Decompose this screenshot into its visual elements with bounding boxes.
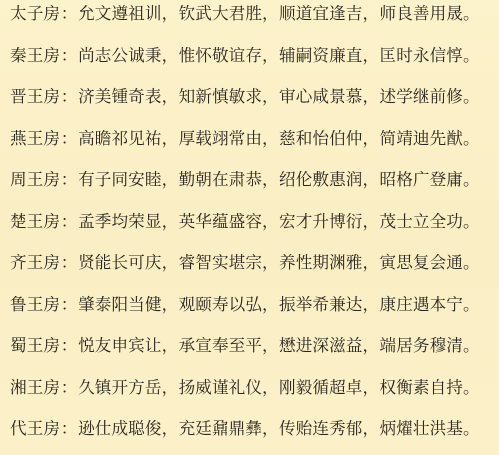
comma: ， — [162, 44, 179, 68]
verse: 简靖迪先猷 — [380, 127, 463, 151]
verse: 辅嗣资廉直 — [279, 44, 362, 68]
verse: 权衡素自持 — [380, 376, 463, 400]
verse: 炳燿壮洪基 — [380, 417, 463, 441]
verse: 承宣奉至平 — [179, 334, 262, 358]
verse: 慈和怡伯仲 — [279, 127, 362, 151]
house-name: 楚王房 — [10, 210, 60, 234]
house-name: 蜀王房 — [10, 334, 60, 358]
colon: ： — [60, 210, 78, 234]
verse: 孟季均荣显 — [78, 210, 161, 234]
comma: ， — [363, 127, 380, 151]
period: 。 — [463, 2, 480, 26]
comma: ， — [162, 293, 179, 317]
genealogy-poem-document: 太子房：允文遵祖训，钦武大君胜，顺道宜逢吉，师良善用晟。 秦王房：尚志公诚秉，惟… — [0, 0, 499, 455]
verse: 久镇开方岳 — [78, 376, 161, 400]
verse: 悦友申宾让 — [78, 334, 161, 358]
verse: 肇泰阳当健 — [78, 293, 161, 317]
verse: 顺道宜逢吉 — [279, 2, 362, 26]
period: 。 — [463, 417, 480, 441]
verse: 昭格广登庸 — [380, 168, 463, 192]
comma: ， — [363, 334, 380, 358]
verse: 充廷鼐鼎彝 — [179, 417, 262, 441]
verse: 睿智实堪宗 — [179, 251, 262, 275]
comma: ， — [262, 376, 279, 400]
verse: 钦武大君胜 — [179, 2, 262, 26]
verse: 养性期渊雅 — [279, 251, 362, 275]
verse: 审心咸景慕 — [279, 85, 362, 109]
comma: ， — [162, 210, 179, 234]
verse: 端居务穆清 — [380, 334, 463, 358]
comma: ， — [363, 293, 380, 317]
poem-row: 燕王房：高瞻祁见祐，厚载翊常由，慈和怡伯仲，简靖迪先猷。 — [10, 127, 480, 151]
verse: 英华蕴盛容 — [179, 210, 262, 234]
house-name: 燕王房 — [10, 127, 60, 151]
period: 。 — [463, 85, 480, 109]
verse: 匡时永信惇 — [380, 44, 463, 68]
verse: 刚毅循超卓 — [279, 376, 362, 400]
verse: 济美锺奇表 — [78, 85, 161, 109]
house-name: 太子房 — [10, 2, 60, 26]
verse: 尚志公诚秉 — [78, 44, 161, 68]
comma: ， — [363, 376, 380, 400]
comma: ， — [262, 293, 279, 317]
comma: ， — [363, 251, 380, 275]
comma: ， — [363, 417, 380, 441]
comma: ， — [162, 85, 179, 109]
comma: ， — [162, 127, 179, 151]
colon: ： — [60, 417, 78, 441]
house-name: 鲁王房 — [10, 293, 60, 317]
period: 。 — [463, 251, 480, 275]
comma: ， — [363, 44, 380, 68]
house-name: 周王房 — [10, 168, 60, 192]
verse: 振举希兼达 — [279, 293, 362, 317]
period: 。 — [463, 210, 480, 234]
poem-row: 代王房：逊仕成聪俊，充廷鼐鼎彝，传贻连秀郁，炳燿壮洪基。 — [10, 417, 480, 441]
verse: 有子同安睦 — [78, 168, 161, 192]
colon: ： — [60, 168, 78, 192]
verse: 康庄遇本宁 — [380, 293, 463, 317]
colon: ： — [60, 44, 78, 68]
poem-row: 楚王房：孟季均荣显，英华蕴盛容，宏才升博衍，茂士立全功。 — [10, 210, 480, 234]
period: 。 — [463, 168, 480, 192]
verse: 勤朝在肃恭 — [179, 168, 262, 192]
verse: 寅思复会通 — [380, 251, 463, 275]
comma: ， — [262, 168, 279, 192]
verse: 贤能长可庆 — [78, 251, 161, 275]
colon: ： — [60, 293, 78, 317]
poem-row: 太子房：允文遵祖训，钦武大君胜，顺道宜逢吉，师良善用晟。 — [10, 2, 480, 26]
verse: 高瞻祁见祐 — [78, 127, 161, 151]
verse: 述学继前修 — [380, 85, 463, 109]
colon: ： — [60, 85, 78, 109]
house-name: 秦王房 — [10, 44, 60, 68]
colon: ： — [60, 376, 78, 400]
comma: ， — [162, 2, 179, 26]
comma: ， — [162, 251, 179, 275]
verse: 知新慎敏求 — [179, 85, 262, 109]
comma: ， — [162, 334, 179, 358]
verse: 宏才升博衍 — [279, 210, 362, 234]
poem-row: 晋王房：济美锺奇表，知新慎敏求，审心咸景慕，述学继前修。 — [10, 85, 480, 109]
poem-row: 齐王房：贤能长可庆，睿智实堪宗，养性期渊雅，寅思复会通。 — [10, 251, 480, 275]
comma: ， — [162, 417, 179, 441]
comma: ， — [262, 334, 279, 358]
colon: ： — [60, 127, 78, 151]
poem-row: 鲁王房：肇泰阳当健，观颐寿以弘，振举希兼达，康庄遇本宁。 — [10, 293, 480, 317]
comma: ， — [262, 210, 279, 234]
comma: ， — [363, 2, 380, 26]
comma: ， — [162, 376, 179, 400]
comma: ， — [262, 85, 279, 109]
comma: ， — [262, 251, 279, 275]
poem-row: 秦王房：尚志公诚秉，惟怀敬谊存，辅嗣资廉直，匡时永信惇。 — [10, 44, 480, 68]
comma: ， — [262, 2, 279, 26]
verse: 茂士立全功 — [380, 210, 463, 234]
comma: ， — [363, 210, 380, 234]
comma: ， — [262, 44, 279, 68]
verse: 绍伦敷惠润 — [279, 168, 362, 192]
comma: ， — [363, 85, 380, 109]
colon: ： — [60, 2, 78, 26]
verse: 观颐寿以弘 — [179, 293, 262, 317]
verse: 厚载翊常由 — [179, 127, 262, 151]
house-name: 湘王房 — [10, 376, 60, 400]
verse: 惟怀敬谊存 — [179, 44, 262, 68]
comma: ， — [162, 168, 179, 192]
house-name: 齐王房 — [10, 251, 60, 275]
verse: 懋进深滋益 — [279, 334, 362, 358]
period: 。 — [463, 334, 480, 358]
period: 。 — [463, 376, 480, 400]
comma: ， — [363, 168, 380, 192]
colon: ： — [60, 334, 78, 358]
comma: ， — [262, 417, 279, 441]
verse: 师良善用晟 — [380, 2, 463, 26]
verse: 传贻连秀郁 — [279, 417, 362, 441]
poem-row: 周王房：有子同安睦，勤朝在肃恭，绍伦敷惠润，昭格广登庸。 — [10, 168, 480, 192]
verse: 逊仕成聪俊 — [78, 417, 161, 441]
period: 。 — [463, 127, 480, 151]
colon: ： — [60, 251, 78, 275]
comma: ， — [262, 127, 279, 151]
period: 。 — [463, 44, 480, 68]
period: 。 — [463, 293, 480, 317]
house-name: 代王房 — [10, 417, 60, 441]
poem-row: 蜀王房：悦友申宾让，承宣奉至平，懋进深滋益，端居务穆清。 — [10, 334, 480, 358]
verse: 允文遵祖训 — [78, 2, 161, 26]
poem-row: 湘王房：久镇开方岳，扬威谨礼仪，刚毅循超卓，权衡素自持。 — [10, 376, 480, 400]
house-name: 晋王房 — [10, 85, 60, 109]
verse: 扬威谨礼仪 — [179, 376, 262, 400]
